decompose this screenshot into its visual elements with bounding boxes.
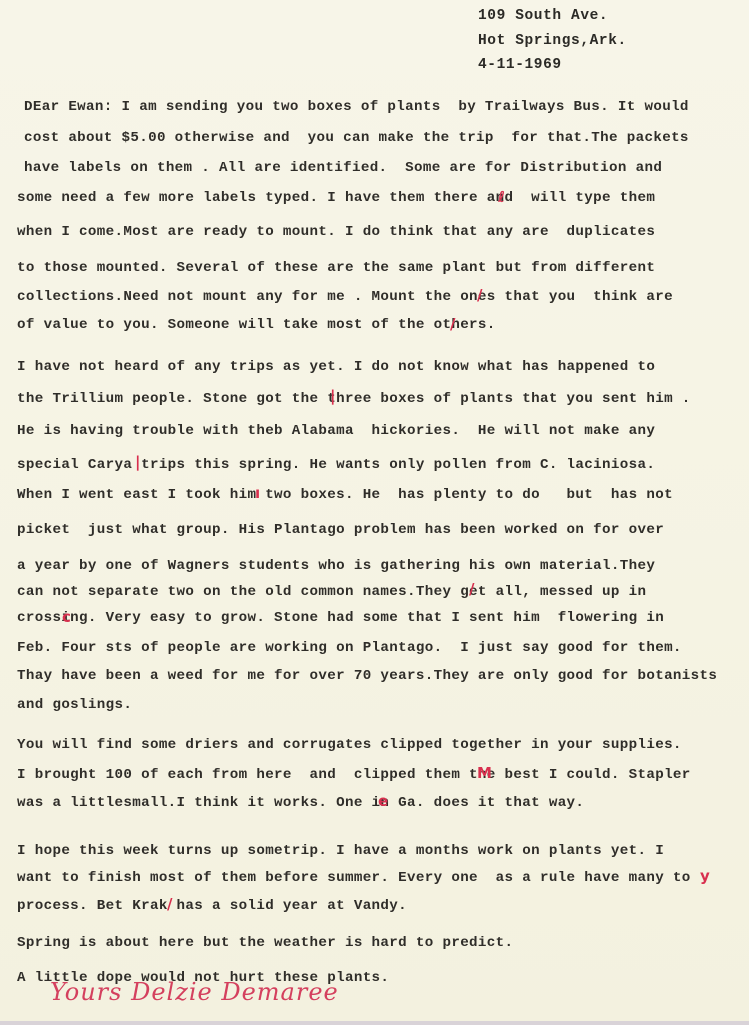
body-line: special Carya trips this spring. He want… (17, 457, 655, 473)
address-city: Hot Springs,Ark. (478, 33, 627, 49)
letter-date: 4-11-1969 (478, 57, 562, 73)
body-line: of value to you. Someone will take most … (17, 317, 496, 333)
body-line: can not separate two on the old common n… (17, 584, 646, 600)
body-line: cost about $5.00 otherwise and you can m… (24, 130, 689, 146)
body-line: process. Bet Krak has a solid year at Va… (17, 898, 407, 914)
correction-mark: / (450, 315, 455, 333)
correction-mark: / (469, 580, 474, 598)
body-line: crossing. Very easy to grow. Stone had s… (17, 610, 664, 626)
body-line: some need a few more labels typed. I hav… (17, 190, 655, 206)
body-line: a year by one of Wagners students who is… (17, 558, 655, 574)
body-line: picket just what group. His Plantago pro… (17, 522, 664, 538)
correction-mark: M (477, 764, 492, 782)
body-line: DEar Ewan: I am sending you two boxes of… (24, 99, 689, 115)
body-line: Spring is about here but the weather is … (17, 935, 513, 951)
body-line: collections.Need not mount any for me . … (17, 289, 673, 305)
body-line: and goslings. (17, 697, 132, 713)
body-line: have labels on them . All are identified… (24, 160, 662, 176)
address-street: 109 South Ave. (478, 8, 608, 24)
correction-mark: e (378, 792, 388, 810)
body-line: was a littlesmall.I think it works. One … (17, 795, 584, 811)
body-line: I have not heard of any trips as yet. I … (17, 359, 655, 375)
body-line: I hope this week turns up sometrip. I ha… (17, 843, 664, 859)
correction-mark: / (167, 895, 172, 913)
correction-mark: ı (255, 484, 260, 502)
body-line: Feb. Four sts of people are working on P… (17, 640, 682, 656)
handwritten-signature: Yours Delzie Demaree (50, 978, 339, 1006)
body-line: When I went east I took him two boxes. H… (17, 487, 673, 503)
letter-page: 109 South Ave. Hot Springs,Ark. 4-11-196… (0, 0, 749, 1025)
body-line: want to finish most of them before summe… (17, 870, 691, 886)
correction-mark: ℓ (498, 188, 505, 206)
body-line: the Trillium people. Stone got the three… (17, 391, 691, 407)
page-edge (0, 1021, 749, 1025)
body-line: Thay have been a weed for me for over 70… (17, 668, 717, 684)
correction-mark: | (135, 453, 140, 471)
correction-mark: | (330, 387, 335, 405)
correction-mark: / (477, 286, 482, 304)
correction-mark: c (62, 608, 71, 626)
body-line: He is having trouble with theb Alabama h… (17, 423, 655, 439)
body-line: You will find some driers and corrugates… (17, 737, 682, 753)
body-line: to those mounted. Several of these are t… (17, 260, 655, 276)
body-line: I brought 100 of each from here and clip… (17, 767, 691, 783)
correction-mark: y (700, 867, 710, 885)
body-line: when I come.Most are ready to mount. I d… (17, 224, 655, 240)
